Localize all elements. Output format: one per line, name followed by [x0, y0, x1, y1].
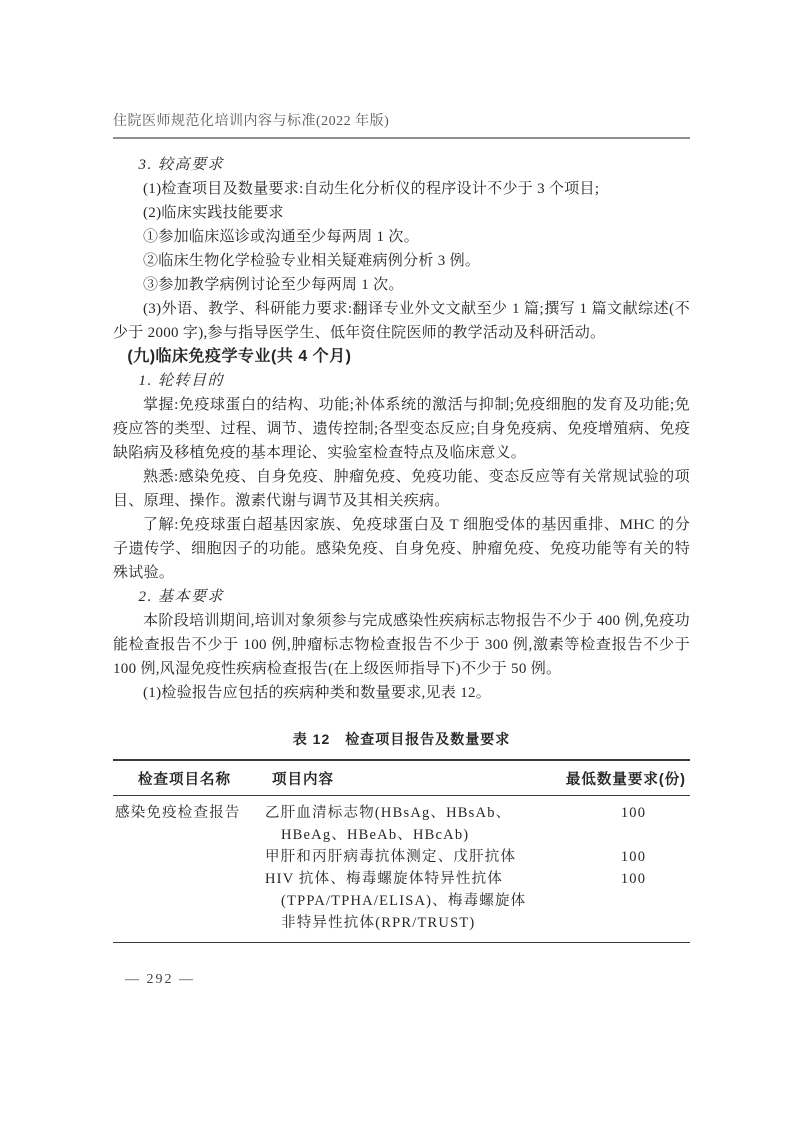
cell-category — [113, 868, 265, 934]
body-text: 3. 较高要求 (1)检查项目及数量要求:自动生化分析仪的程序设计不少于 3 个… — [113, 153, 690, 705]
column-header-exam-name: 检查项目名称 — [113, 768, 265, 789]
paragraph: (2)临床实践技能要求 — [113, 201, 690, 225]
table-row: 甲肝和丙肝病毒抗体测定、戊肝抗体 100 — [113, 846, 690, 868]
section-heading: 2. 基本要求 — [113, 585, 690, 609]
data-table: 检查项目名称 项目内容 最低数量要求(份) 感染免疫检查报告 乙肝血清标志物(H… — [113, 759, 690, 943]
paragraph: 掌握:免疫球蛋白的结构、功能;补体系统的激活与抑制;免疫细胞的发育及功能;免疫应… — [113, 393, 690, 465]
paragraph: (1)检查项目及数量要求:自动生化分析仪的程序设计不少于 3 个项目; — [113, 177, 690, 201]
table-caption: 表 12 检查项目报告及数量要求 — [113, 729, 690, 749]
header-rule — [113, 137, 690, 139]
cell-item: HIV 抗体、梅毒螺旋体特异性抗体(TPPA/TPHA/ELISA)、梅毒螺旋体… — [265, 868, 555, 934]
cell-item: 甲肝和丙肝病毒抗体测定、戊肝抗体 — [265, 846, 555, 868]
page-content: 住院医师规范化培训内容与标准(2022 年版) 3. 较高要求 (1)检查项目及… — [113, 110, 690, 943]
cell-min: 100 — [555, 846, 690, 868]
paragraph: (3)外语、教学、科研能力要求:翻译专业外文文献至少 1 篇;撰写 1 篇文献综… — [113, 297, 690, 345]
column-header-item-content: 项目内容 — [265, 768, 555, 789]
document-page: 住院医师规范化培训内容与标准(2022 年版) 3. 较高要求 (1)检查项目及… — [0, 0, 800, 1131]
section-heading: 1. 轮转目的 — [113, 369, 690, 393]
cell-min: 100 — [555, 802, 690, 846]
table-row: 感染免疫检查报告 乙肝血清标志物(HBsAg、HBsAb、HBeAg、HBeAb… — [113, 802, 690, 846]
page-number: — 292 — — [125, 972, 195, 988]
cell-item: 乙肝血清标志物(HBsAg、HBsAb、HBeAg、HBeAb、HBcAb) — [265, 802, 555, 846]
paragraph: 熟悉:感染免疫、自身免疫、肿瘤免疫、免疫功能、变态反应等有关常规试验的项目、原理… — [113, 465, 690, 513]
cell-category: 感染免疫检查报告 — [113, 802, 265, 846]
cell-category — [113, 846, 265, 868]
list-item: ②临床生物化学检验专业相关疑难病例分析 3 例。 — [113, 249, 690, 273]
list-item: ①参加临床巡诊或沟通至少每两周 1 次。 — [113, 225, 690, 249]
paragraph: 了解:免疫球蛋白超基因家族、免疫球蛋白及 T 细胞受体的基因重排、MHC 的分子… — [113, 513, 690, 585]
table-header-row: 检查项目名称 项目内容 最低数量要求(份) — [113, 761, 690, 796]
paragraph: (1)检验报告应包括的疾病种类和数量要求,见表 12。 — [113, 681, 690, 705]
chapter-heading: (九)临床免疫学专业(共 4 个月) — [113, 345, 690, 369]
cell-min: 100 — [555, 868, 690, 934]
data-table-section: 表 12 检查项目报告及数量要求 检查项目名称 项目内容 最低数量要求(份) 感… — [113, 729, 690, 943]
running-header-title: 住院医师规范化培训内容与标准(2022 年版) — [113, 110, 690, 130]
running-header: 住院医师规范化培训内容与标准(2022 年版) — [113, 110, 690, 139]
table-row: HIV 抗体、梅毒螺旋体特异性抗体(TPPA/TPHA/ELISA)、梅毒螺旋体… — [113, 868, 690, 934]
section-heading: 3. 较高要求 — [113, 153, 690, 177]
column-header-min-quantity: 最低数量要求(份) — [555, 768, 690, 789]
table-body: 感染免疫检查报告 乙肝血清标志物(HBsAg、HBsAb、HBeAg、HBeAb… — [113, 796, 690, 942]
list-item: ③参加教学病例讨论至少每两周 1 次。 — [113, 273, 690, 297]
paragraph: 本阶段培训期间,培训对象须参与完成感染性疾病标志物报告不少于 400 例,免疫功… — [113, 609, 690, 681]
